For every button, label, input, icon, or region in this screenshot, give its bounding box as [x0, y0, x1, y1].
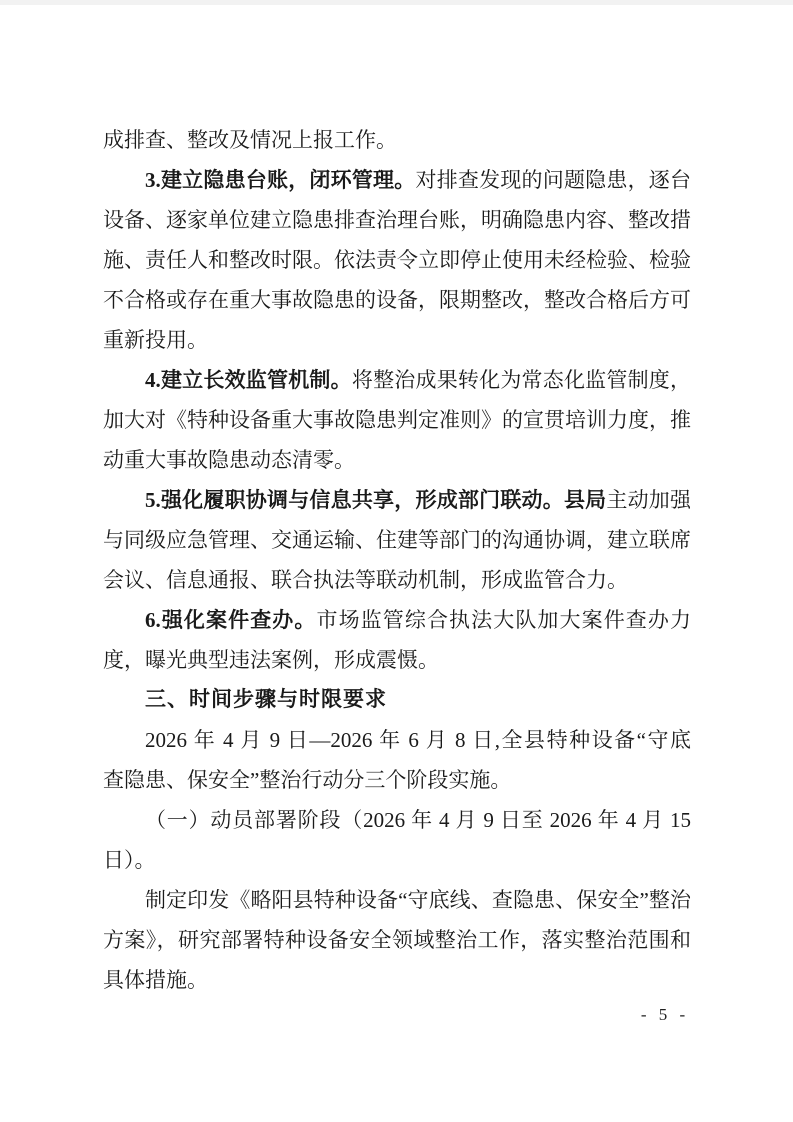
- text-line: 动重大事故隐患动态清零。: [103, 440, 691, 480]
- text-line: 成排查、整改及情况上报工作。: [103, 120, 691, 160]
- text-line: 会议、信息通报、联合执法等联动机制，形成监管合力。: [103, 560, 691, 600]
- text-line: 度，曝光典型违法案例，形成震慑。: [103, 640, 691, 680]
- text-run: 加大对《特种设备重大事故隐患判定准则》的宣贯培训力度，推: [103, 408, 691, 432]
- text-run: 查隐患、保安全”整治行动分三个阶段实施。: [103, 768, 511, 792]
- text-line: 制定印发《略阳县特种设备“守底线、查隐患、保安全”整治: [103, 880, 691, 920]
- text-line: 3.建立隐患台账，闭环管理。对排查发现的问题隐患，逐台: [103, 160, 691, 200]
- text-line: 施、责任人和整改时限。依法责令立即停止使用未经检验、检验: [103, 240, 691, 280]
- text-line: 日）。: [103, 840, 691, 880]
- text-run: 将整治成果转化为常态化监管制度，: [352, 368, 691, 392]
- text-line: 5.强化履职协调与信息共享，形成部门联动。县局主动加强: [103, 480, 691, 520]
- text-run: 与同级应急管理、交通运输、住建等部门的沟通协调，建立联席: [103, 528, 691, 552]
- text-line: 设备、逐家单位建立隐患排查治理台账，明确隐患内容、整改措: [103, 200, 691, 240]
- text-run: 方案》，研究部署特种设备安全领域整治工作，落实整治范围和: [103, 928, 691, 952]
- text-run: 制定印发《略阳县特种设备“守底线、查隐患、保安全”整治: [145, 888, 691, 912]
- text-run: 设备、逐家单位建立隐患排查治理台账，明确隐患内容、整改措: [103, 208, 691, 232]
- text-run: 主动加强: [606, 488, 691, 512]
- text-line: 查隐患、保安全”整治行动分三个阶段实施。: [103, 760, 691, 800]
- text-run: 日）。: [103, 848, 156, 872]
- text-line: 三、时间步骤与时限要求: [103, 680, 691, 720]
- text-run: 会议、信息通报、联合执法等联动机制，形成监管合力。: [103, 568, 628, 592]
- document-page: 成排查、整改及情况上报工作。3.建立隐患台账，闭环管理。对排查发现的问题隐患，逐…: [0, 0, 793, 1122]
- text-run: 重新投用。: [103, 328, 208, 352]
- text-run: 成排查、整改及情况上报工作。: [103, 128, 397, 152]
- text-run: 度，曝光典型违法案例，形成震慑。: [103, 648, 439, 672]
- text-run: 2026 年 4 月 9 日—2026 年 6 月 8 日,全县特种设备“守底线…: [103, 728, 691, 760]
- text-line: 加大对《特种设备重大事故隐患判定准则》的宣贯培训力度，推: [103, 400, 691, 440]
- text-line: （一）动员部署阶段（2026 年 4 月 9 日至 2026 年 4 月 15: [103, 800, 691, 840]
- text-run: 对排查发现的问题隐患，逐台: [415, 168, 691, 192]
- text-run-bold: 6.强化案件查办。: [145, 608, 317, 632]
- text-run: 市场监管综合执法大队加大案件查办力: [317, 608, 692, 632]
- text-line: 方案》，研究部署特种设备安全领域整治工作，落实整治范围和: [103, 920, 691, 960]
- text-run: 不合格或存在重大事故隐患的设备，限期整改，整改合格后方可: [103, 288, 691, 312]
- text-run-bold: 3.建立隐患台账，闭环管理。: [145, 168, 415, 192]
- text-line: 2026 年 4 月 9 日—2026 年 6 月 8 日,全县特种设备“守底线…: [103, 720, 691, 760]
- text-run: 动重大事故隐患动态清零。: [103, 448, 355, 472]
- text-line: 具体措施。: [103, 960, 691, 1000]
- text-run-bold: 5.强化履职协调与信息共享，形成部门联动。县局: [145, 488, 606, 512]
- text-line: 6.强化案件查办。市场监管综合执法大队加大案件查办力: [103, 600, 691, 640]
- document-body: 成排查、整改及情况上报工作。3.建立隐患台账，闭环管理。对排查发现的问题隐患，逐…: [103, 120, 691, 1000]
- text-run-bold: 4.建立长效监管机制。: [145, 368, 352, 392]
- text-run: （一）动员部署阶段（2026 年 4 月 9 日至 2026 年 4 月 15: [145, 808, 691, 832]
- text-run: 三、时间步骤与时限要求: [145, 688, 387, 711]
- text-run: 具体措施。: [103, 968, 208, 992]
- text-line: 与同级应急管理、交通运输、住建等部门的沟通协调，建立联席: [103, 520, 691, 560]
- text-run: 施、责任人和整改时限。依法责令立即停止使用未经检验、检验: [103, 248, 691, 272]
- text-line: 重新投用。: [103, 320, 691, 360]
- page-number: - 5 -: [627, 1002, 703, 1028]
- text-line: 不合格或存在重大事故隐患的设备，限期整改，整改合格后方可: [103, 280, 691, 320]
- text-line: 4.建立长效监管机制。将整治成果转化为常态化监管制度，: [103, 360, 691, 400]
- scan-edge-artifact: [0, 0, 793, 5]
